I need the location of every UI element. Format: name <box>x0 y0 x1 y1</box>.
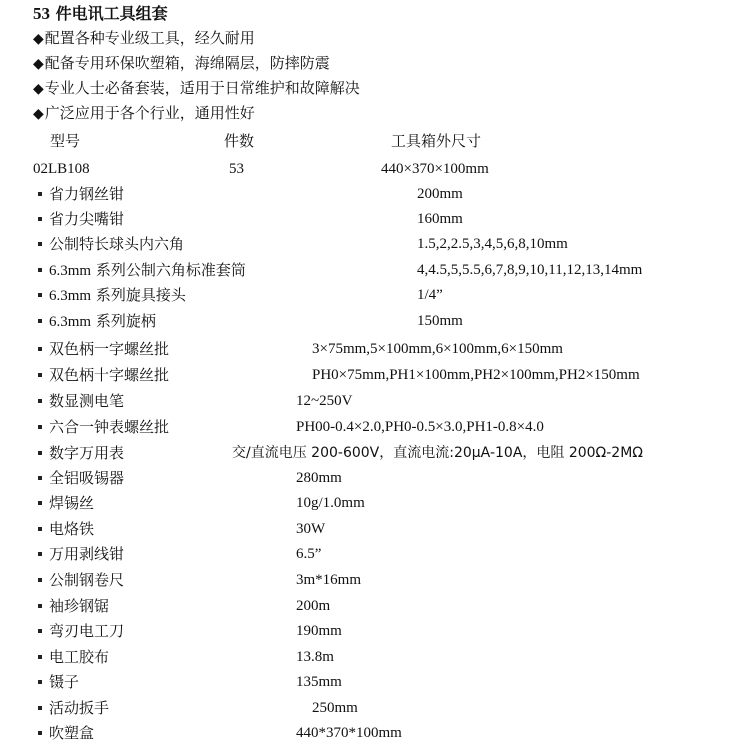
item-row: 双色柄一字螺丝批3×75mm,5×100mm,6×100mm,6×150mm <box>0 338 750 363</box>
count-value: 53 <box>229 159 244 179</box>
item-row: 6.3mm 系列公制六角标准套筒4,4.5,5,5.5,6,7,8,9,10,1… <box>0 259 750 284</box>
square-bullet-icon <box>38 399 42 403</box>
square-bullet-icon <box>38 706 42 710</box>
product-spec-sheet: 53 件电讯工具组套 ◆配置各种专业级工具，经久耐用 ◆配备专用环保吹塑箱，海绵… <box>0 0 750 750</box>
header-model: 型号 <box>50 131 80 151</box>
square-bullet-icon <box>38 451 42 455</box>
item-row: 6.3mm 系列旋柄150mm <box>0 310 750 335</box>
square-bullet-icon <box>38 293 42 297</box>
item-row: 六合一钟表螺丝批PH00-0.4×2.0,PH0-0.5×3.0,PH1-0.8… <box>0 416 750 441</box>
diamond-bullet-icon: ◆ <box>33 31 44 47</box>
item-row: 数显测电笔12~250V <box>0 390 750 415</box>
feature-item: ◆配置各种专业级工具，经久耐用 <box>33 27 255 50</box>
square-bullet-icon <box>38 268 42 272</box>
item-row: 万用剥线钳6.5” <box>0 543 750 568</box>
box-size-value: 440×370×100mm <box>381 159 489 179</box>
item-row: 6.3mm 系列旋具接头1/4” <box>0 284 750 309</box>
diamond-bullet-icon: ◆ <box>33 56 44 72</box>
header-box-size: 工具箱外尺寸 <box>391 131 481 151</box>
square-bullet-icon <box>38 319 42 323</box>
square-bullet-icon <box>38 373 42 377</box>
item-row: 公制特长球头内六角1.5,2,2.5,3,4,5,6,8,10mm <box>0 233 750 258</box>
square-bullet-icon <box>38 629 42 633</box>
square-bullet-icon <box>38 425 42 429</box>
square-bullet-icon <box>38 604 42 608</box>
item-row: 省力尖嘴钳160mm <box>0 208 750 233</box>
item-row: 电工胶布13.8m <box>0 646 750 671</box>
square-bullet-icon <box>38 501 42 505</box>
feature-item: ◆广泛应用于各个行业，通用性好 <box>33 102 255 125</box>
diamond-bullet-icon: ◆ <box>33 106 44 122</box>
square-bullet-icon <box>38 347 42 351</box>
square-bullet-icon <box>38 242 42 246</box>
square-bullet-icon <box>38 217 42 221</box>
item-row: 双色柄十字螺丝批PH0×75mm,PH1×100mm,PH2×100mm,PH2… <box>0 364 750 389</box>
feature-item: ◆配备专用环保吹塑箱，海绵隔层，防摔防震 <box>33 52 330 75</box>
feature-item: ◆专业人士必备套装，适用于日常维护和故障解决 <box>33 77 360 100</box>
item-row: 焊锡丝10g/1.0mm <box>0 492 750 517</box>
model-value: 02LB108 <box>33 159 90 179</box>
item-row: 活动扳手250mm <box>0 697 750 722</box>
square-bullet-icon <box>38 192 42 196</box>
item-row: 镊子135mm <box>0 671 750 696</box>
item-row: 弯刃电工刀190mm <box>0 620 750 645</box>
square-bullet-icon <box>38 476 42 480</box>
square-bullet-icon <box>38 655 42 659</box>
square-bullet-icon <box>38 552 42 556</box>
square-bullet-icon <box>38 731 42 735</box>
item-row: 公制钢卷尺3m*16mm <box>0 569 750 594</box>
item-row: 吹塑盒440*370*100mm <box>0 722 750 747</box>
square-bullet-icon <box>38 578 42 582</box>
item-row: 省力钢丝钳200mm <box>0 183 750 208</box>
item-row: 袖珍钢锯200m <box>0 595 750 620</box>
square-bullet-icon <box>38 680 42 684</box>
diamond-bullet-icon: ◆ <box>33 81 44 97</box>
item-row: 数字万用表交/直流电压 200-600V，直流电流:20μA-10A，电阻 20… <box>0 442 750 467</box>
header-count: 件数 <box>224 131 254 151</box>
page-title: 53 件电讯工具组套 <box>33 3 168 25</box>
square-bullet-icon <box>38 527 42 531</box>
item-row: 电烙铁30W <box>0 518 750 543</box>
item-row: 全铝吸锡器280mm <box>0 467 750 492</box>
